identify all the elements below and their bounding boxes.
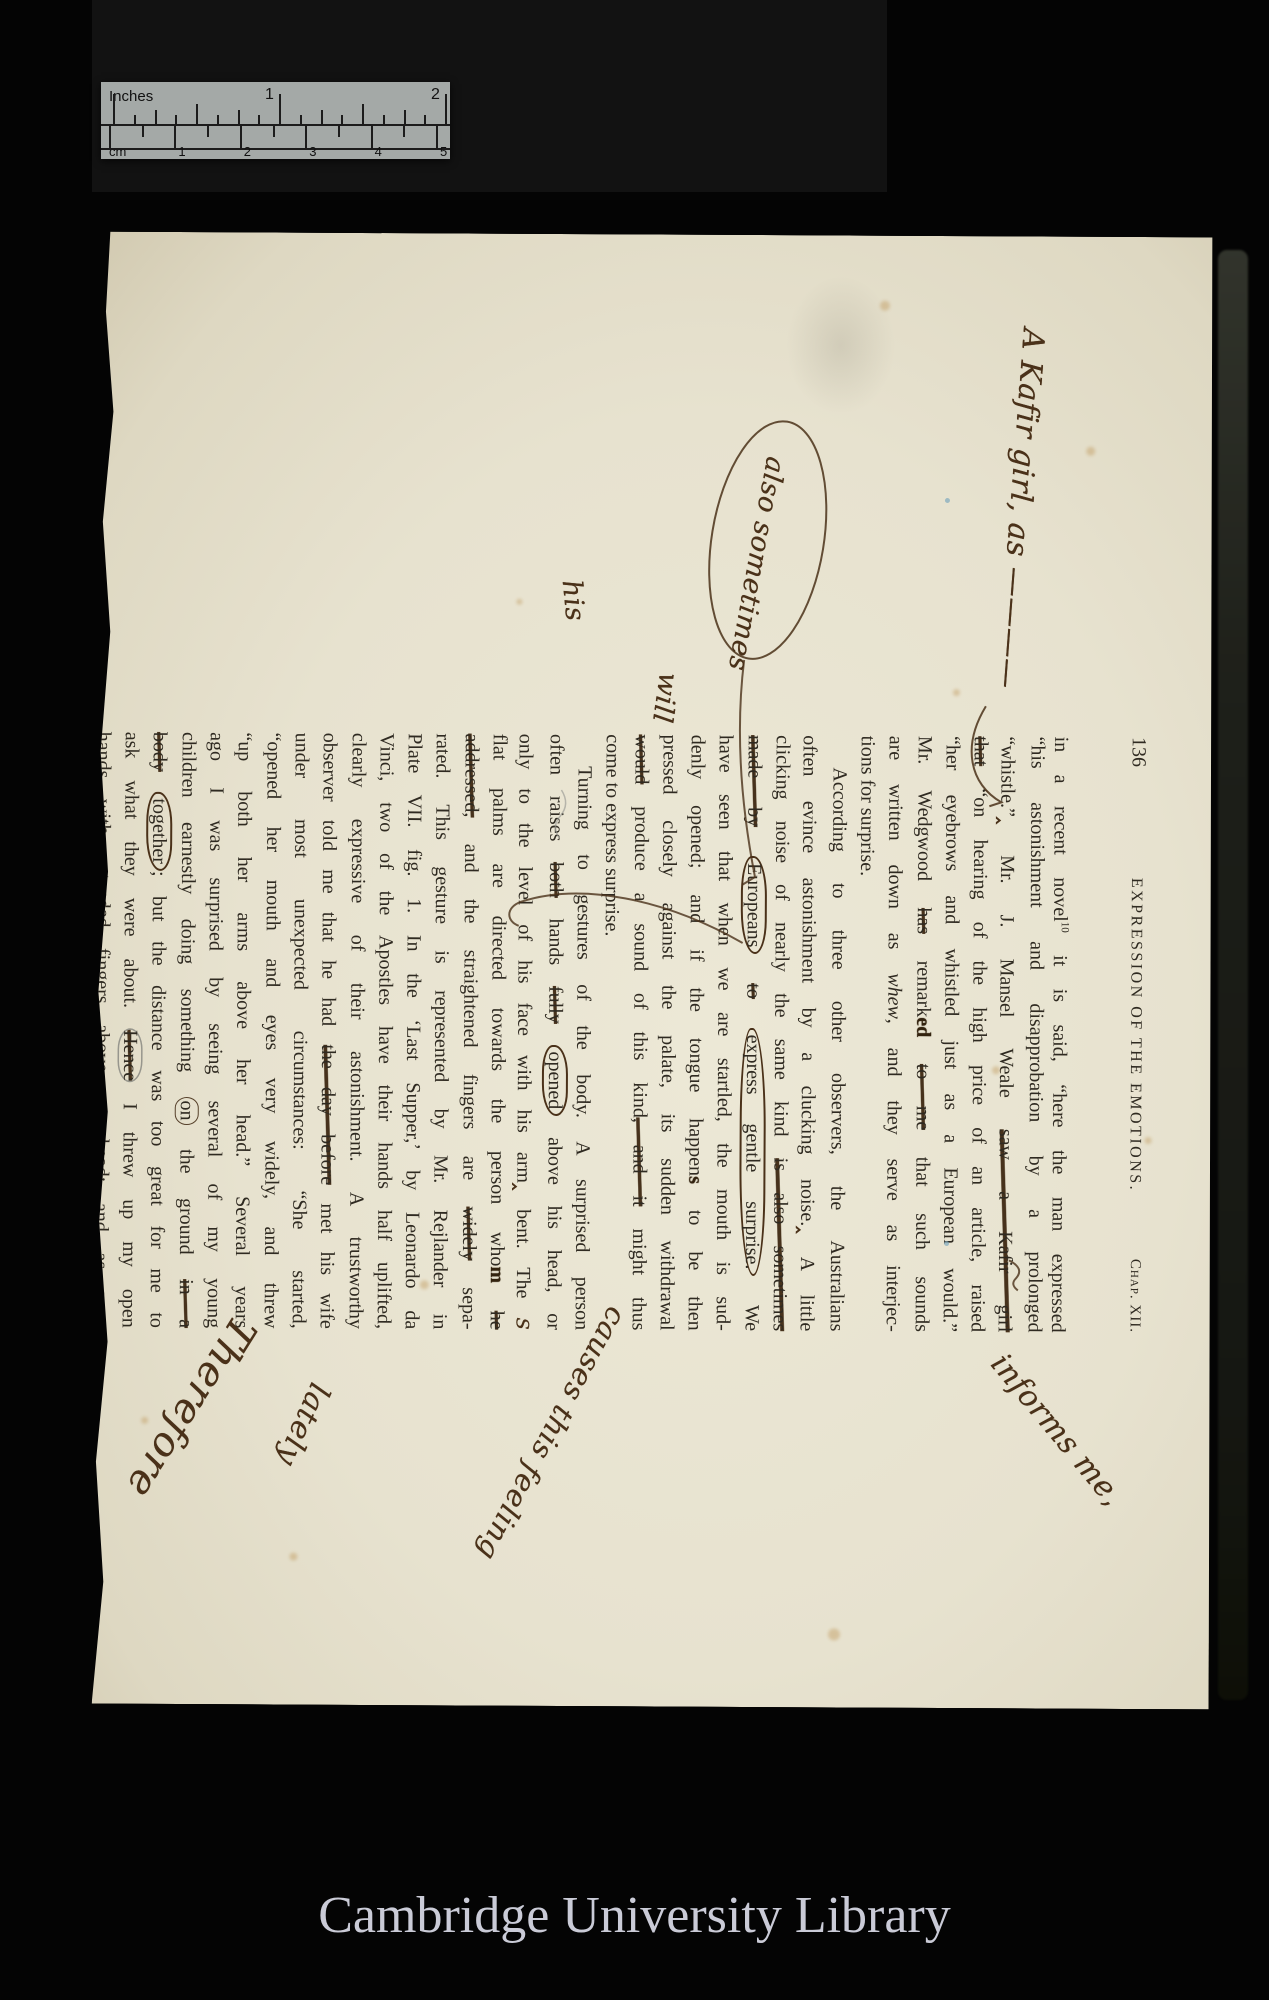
foxing-spot [1145,1137,1152,1144]
foxing-spot [828,1628,840,1640]
ruler-number: 2 [244,144,251,159]
insertion-curve [971,706,1001,806]
ruler-tick [403,126,405,137]
ink-stroke-overlay [92,232,1217,1710]
library-caption: Cambridge University Library [0,1886,1269,1945]
ruler-tick [445,94,447,124]
foxing-spot [289,1553,297,1561]
ruler-tick [174,126,176,148]
ruler-tick [383,115,385,124]
ruler-tick [338,126,340,137]
ruler-tick [142,126,144,137]
ruler-tick [300,115,302,124]
ruler-tick [273,126,275,137]
ruler-number: 4 [375,144,382,159]
ruler-cm-label: cm [109,144,126,159]
margin-flourish [1009,1260,1019,1290]
pencil-squiggle [555,790,565,838]
photographed-archive-image: Inches cm 1212345 136 EXPRESSION OF THE … [0,0,1269,2000]
ruler-tick [341,115,343,124]
surprise-oval-tail [509,893,743,943]
foxing-spot [953,689,960,696]
foxing-spot [992,1066,1000,1074]
ruler-tick [240,126,242,148]
ruler-tick [258,115,260,124]
ruler-number: 1 [265,86,274,104]
manuscript-page: 136 EXPRESSION OF THE EMOTIONS. Chap. XI… [92,232,1217,1710]
ruler-inches-label: Inches [109,88,153,105]
foxing-spot [880,301,890,311]
ruler-tick [238,110,240,124]
also-sometimes-oval [693,413,842,668]
book-fore-edge-strip [1218,250,1248,1700]
ruler-number: 2 [431,86,440,104]
ruler-tick [217,115,219,124]
ruler-tick [404,110,406,124]
ruler-tick [134,115,136,124]
ruler-tick [321,110,323,124]
ruler-divider-line [101,124,450,126]
ruler-tick [155,110,157,124]
ruler-tick [424,115,426,124]
foxing-spot [516,599,522,605]
foxing-spot [420,1280,429,1289]
ruler-tick [279,94,281,124]
foxing-spot [141,1417,148,1424]
blue-fleck [944,1241,949,1246]
ruler-tick [113,94,115,124]
ruler-tick [207,126,209,137]
ruler-number: 1 [178,144,185,159]
ruler-tick [362,104,364,124]
ruler-tick [436,126,438,148]
ruler-number: 5 [440,144,447,159]
ruler-tick [175,115,177,124]
ruler-tick [196,104,198,124]
blue-fleck [945,498,950,503]
ruler-tick [305,126,307,148]
foxing-spot [1086,447,1095,456]
ruler-tick [371,126,373,148]
transposition-line [739,660,756,885]
ruler-tick [109,126,111,148]
ruler-bottom-line [101,148,450,150]
measurement-ruler: Inches cm 1212345 [101,82,450,159]
ruler-number: 3 [309,144,316,159]
